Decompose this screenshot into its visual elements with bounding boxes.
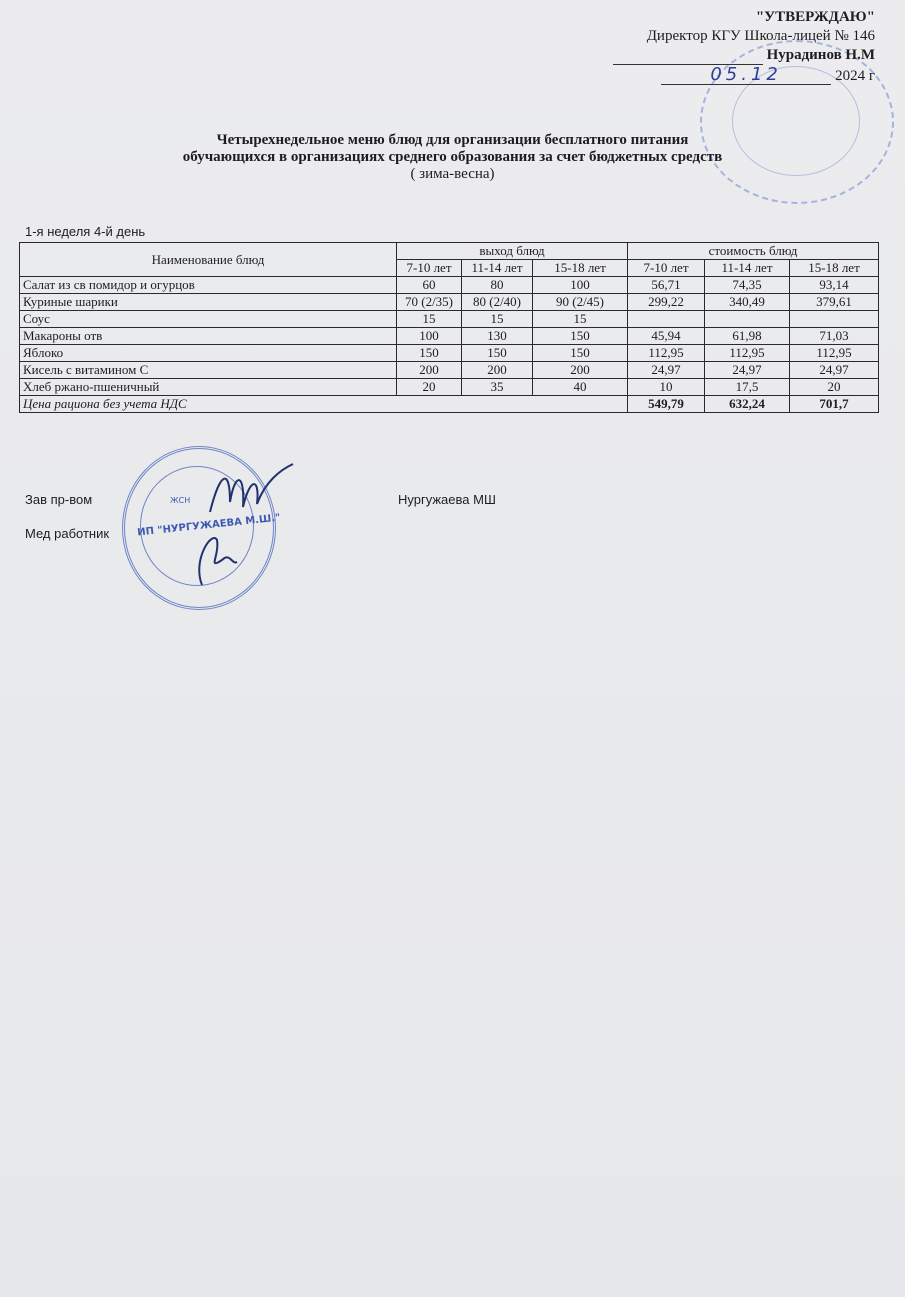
output-value: 40 (533, 379, 628, 396)
output-value: 35 (462, 379, 533, 396)
cost-value: 20 (790, 379, 879, 396)
table-row: Яблоко150150150112,95112,95112,95 (20, 345, 879, 362)
production-head-name: Нургужаева МШ (398, 492, 496, 507)
header-output: выход блюд (397, 243, 628, 260)
table-row: Салат из св помидор и огурцов608010056,7… (20, 277, 879, 294)
cost-value (705, 311, 790, 328)
output-value: 150 (533, 328, 628, 345)
document-title: Четырехнедельное меню блюд для организац… (0, 132, 905, 183)
header-cost-age: 7-10 лет (628, 260, 705, 277)
medic-label: Мед работник (25, 526, 109, 541)
dish-name: Яблоко (20, 345, 397, 362)
total-row: Цена рациона без учета НДС 549,79 632,24… (20, 396, 879, 413)
header-output-age: 7-10 лет (397, 260, 462, 277)
output-value: 15 (462, 311, 533, 328)
production-head-label: Зав пр-вом (25, 492, 92, 507)
cost-value (628, 311, 705, 328)
cost-value: 93,14 (790, 277, 879, 294)
dish-name: Хлеб ржано-пшеничный (20, 379, 397, 396)
menu-table: Наименование блюд выход блюд стоимость б… (19, 242, 879, 413)
cost-value: 24,97 (628, 362, 705, 379)
cost-value: 10 (628, 379, 705, 396)
signature-scribble-icon (205, 462, 295, 522)
cost-value (790, 311, 879, 328)
table-row: Соус151515 (20, 311, 879, 328)
output-value: 200 (533, 362, 628, 379)
cost-value: 112,95 (790, 345, 879, 362)
approval-date: 05.12 (661, 65, 831, 85)
output-value: 150 (533, 345, 628, 362)
table-row: Куриные шарики70 (2/35)80 (2/40)90 (2/45… (20, 294, 879, 311)
cost-value: 74,35 (705, 277, 790, 294)
week-day-label: 1-я неделя 4-й день (25, 224, 145, 239)
dish-name: Макароны отв (20, 328, 397, 345)
output-value: 20 (397, 379, 462, 396)
title-line-2: обучающихся в организациях среднего обра… (0, 149, 905, 166)
output-value: 70 (2/35) (397, 294, 462, 311)
output-value: 200 (397, 362, 462, 379)
title-line-1: Четырехнедельное меню блюд для организац… (0, 132, 905, 149)
cost-value: 379,61 (790, 294, 879, 311)
output-value: 90 (2/45) (533, 294, 628, 311)
dish-name: Соус (20, 311, 397, 328)
table-row: Хлеб ржано-пшеничный2035401017,520 (20, 379, 879, 396)
dish-name: Кисель с витамином С (20, 362, 397, 379)
total-cost: 701,7 (790, 396, 879, 413)
total-cost: 632,24 (705, 396, 790, 413)
header-output-age: 11-14 лет (462, 260, 533, 277)
cost-value: 24,97 (705, 362, 790, 379)
medic-signature-icon (182, 520, 242, 590)
output-value: 15 (533, 311, 628, 328)
table-row: Кисель с витамином С20020020024,9724,972… (20, 362, 879, 379)
output-value: 150 (397, 345, 462, 362)
output-value: 80 (462, 277, 533, 294)
approval-year: 2024 г (835, 68, 875, 84)
dish-name: Салат из св помидор и огурцов (20, 277, 397, 294)
header-cost-age: 11-14 лет (705, 260, 790, 277)
cost-value: 61,98 (705, 328, 790, 345)
approval-heading: "УТВЕРЖДАЮ" (613, 8, 875, 27)
cost-value: 112,95 (628, 345, 705, 362)
signature-line (613, 50, 763, 65)
approval-signer: Нурадинов Н.М (767, 47, 875, 63)
output-value: 60 (397, 277, 462, 294)
output-value: 100 (397, 328, 462, 345)
cost-value: 56,71 (628, 277, 705, 294)
cost-value: 340,49 (705, 294, 790, 311)
total-cost: 549,79 (628, 396, 705, 413)
output-value: 130 (462, 328, 533, 345)
header-dish-name: Наименование блюд (20, 243, 397, 277)
output-value: 200 (462, 362, 533, 379)
cost-value: 45,94 (628, 328, 705, 345)
header-cost-age: 15-18 лет (790, 260, 879, 277)
output-value: 100 (533, 277, 628, 294)
cost-value: 24,97 (790, 362, 879, 379)
dish-name: Куриные шарики (20, 294, 397, 311)
cost-value: 112,95 (705, 345, 790, 362)
cost-value: 299,22 (628, 294, 705, 311)
output-value: 150 (462, 345, 533, 362)
cost-value: 17,5 (705, 379, 790, 396)
header-cost: стоимость блюд (628, 243, 879, 260)
table-row: Макароны отв10013015045,9461,9871,03 (20, 328, 879, 345)
total-label: Цена рациона без учета НДС (20, 396, 628, 413)
approval-block: "УТВЕРЖДАЮ" Директор КГУ Школа-лицей № 1… (613, 8, 875, 86)
title-season: ( зима-весна) (0, 166, 905, 183)
header-output-age: 15-18 лет (533, 260, 628, 277)
output-value: 80 (2/40) (462, 294, 533, 311)
output-value: 15 (397, 311, 462, 328)
cost-value: 71,03 (790, 328, 879, 345)
approval-position: Директор КГУ Школа-лицей № 146 (613, 27, 875, 46)
stamp-id-label: ЖСН (170, 496, 190, 505)
